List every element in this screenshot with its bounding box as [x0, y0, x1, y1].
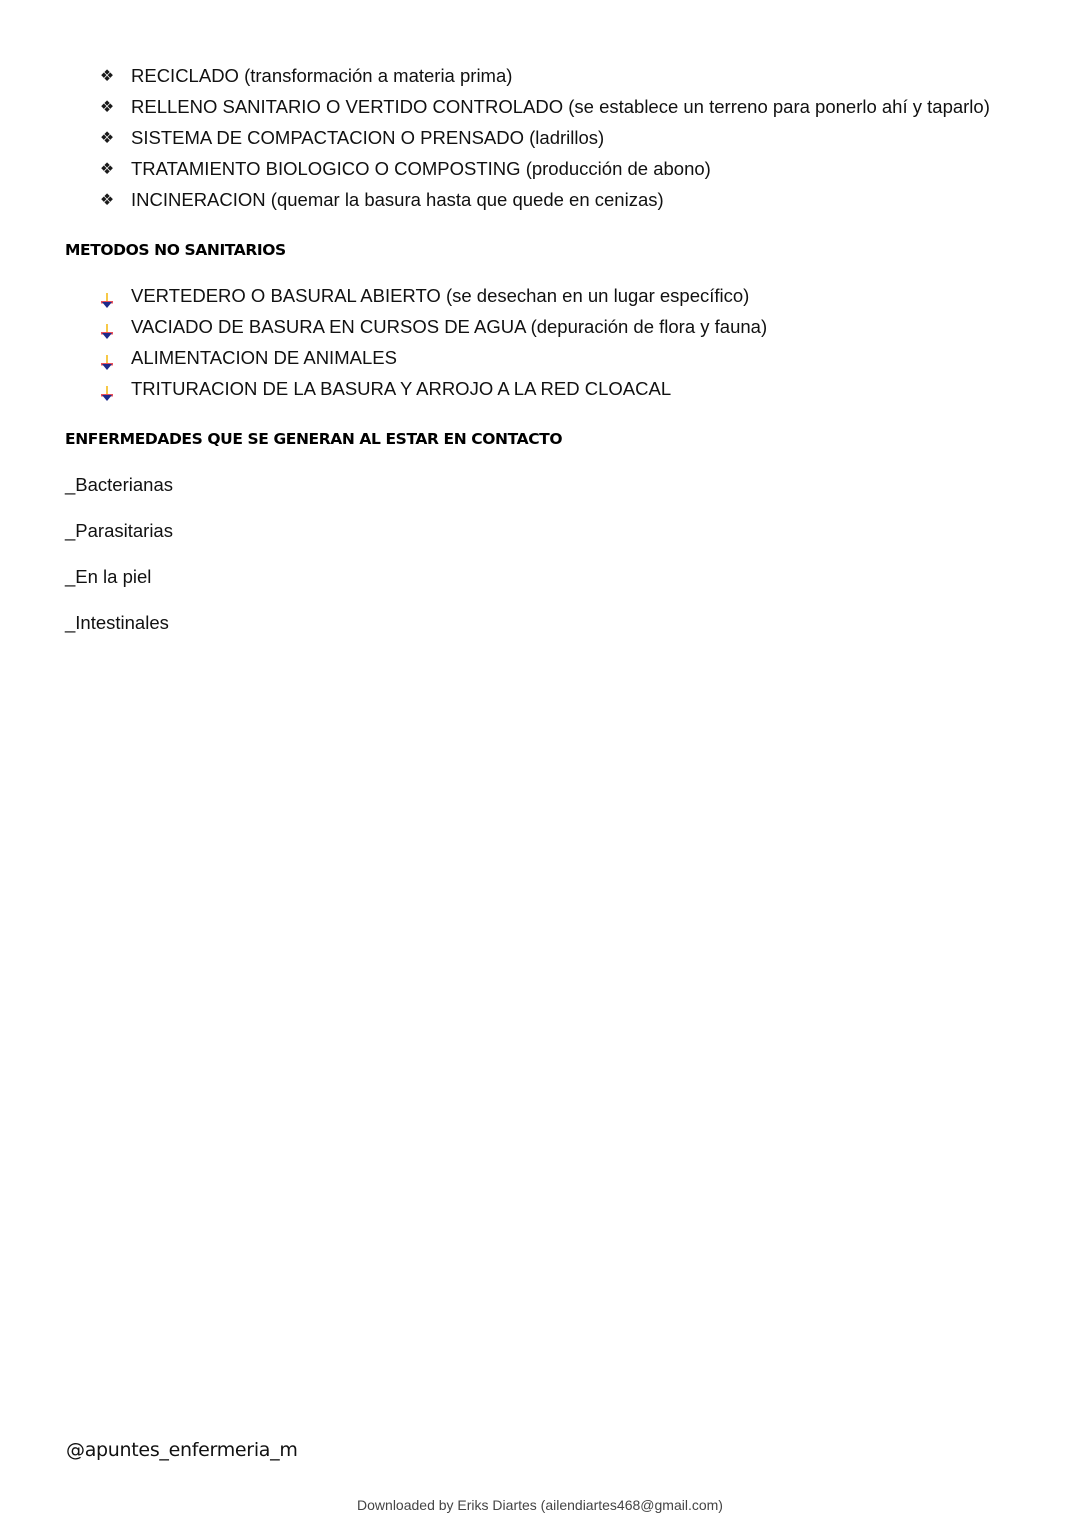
down-arrow-bullet-icon [97, 280, 117, 311]
down-arrow-bullet-icon [97, 373, 117, 404]
four-diamond-bullet-icon: ❖ [97, 122, 117, 153]
disease-item: _Intestinales [65, 612, 169, 634]
section-heading-non-sanitary: METODOS NO SANITARIOS [65, 241, 286, 259]
section-heading-diseases: ENFERMEDADES QUE SE GENERAN AL ESTAR EN … [65, 430, 562, 448]
author-handle: @apuntes_enfermeria_m [66, 1439, 298, 1461]
disease-item: _Parasitarias [65, 520, 173, 542]
four-diamond-bullet-icon: ❖ [97, 153, 117, 184]
four-diamond-bullet-icon: ❖ [97, 60, 117, 91]
disease-item: _En la piel [65, 566, 151, 588]
four-diamond-bullet-icon: ❖ [97, 91, 117, 122]
four-diamond-bullet-icon: ❖ [97, 184, 117, 215]
down-arrow-bullet-icon [97, 311, 117, 342]
disease-item: _Bacterianas [65, 474, 173, 496]
download-note: Downloaded by Eriks Diartes (ailendiarte… [0, 1497, 1080, 1513]
down-arrow-bullet-icon [97, 342, 117, 373]
